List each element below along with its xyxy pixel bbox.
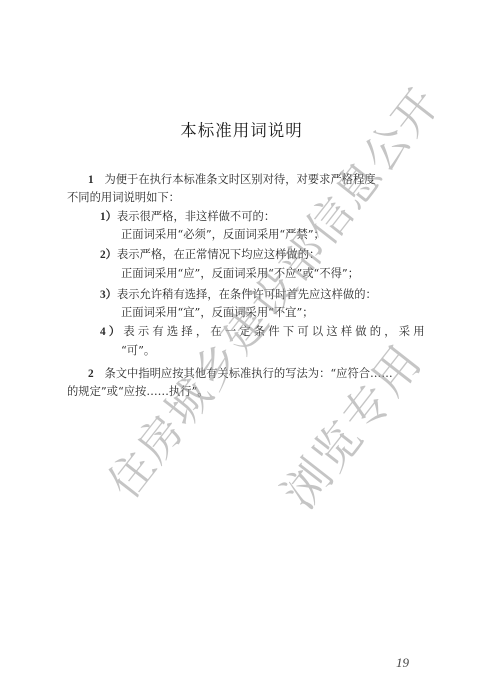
watermark-line-2: 浏览专用 — [265, 329, 435, 521]
page-number: 19 — [396, 655, 409, 671]
clause-1-number: 1 — [88, 174, 94, 186]
item-4-usage: “可”。 — [121, 344, 155, 358]
document-page: 本标准用词说明 1 为便于在执行本标准条文时区别对待，对要求严格程度 不同的用词… — [0, 0, 483, 700]
item-2-usage: 正面词采用“应”，反面词采用“不应”或“不得”； — [121, 267, 359, 281]
clause-1-line-2: 不同的用词说明如下： — [67, 191, 180, 205]
item-3-description: 3）表示允许稍有选择，在条件许可时首先应这样做的： — [100, 288, 377, 302]
clause-1-line-1: 1 为便于在执行本标准条文时区别对待，对要求严格程度 — [88, 173, 376, 187]
clause-2-line-1: 2 条文中指明应按其他有关标准执行的写法为：“应符合…… — [88, 367, 393, 381]
item-1-description: 1）表示很严格，非这样做不可的： — [100, 210, 275, 224]
item-1-usage: 正面词采用“必须”，反面词采用“严禁”； — [121, 228, 325, 242]
item-4-description: 4）表示有选择，在一定条件下可以这样做的，采用 — [100, 325, 428, 339]
clause-1-text: 为便于在执行本标准条文时区别对待，对要求严格程度 — [104, 173, 375, 186]
clause-2-number: 2 — [88, 368, 94, 380]
item-2-description: 2）表示严格，在正常情况下均应这样做的： — [100, 248, 320, 262]
clause-2-line-2: 的规定”或“应按……执行”。 — [67, 385, 209, 399]
item-3-usage: 正面词采用“宜”，反面词采用“不宜”； — [121, 306, 314, 320]
clause-2-text: 条文中指明应按其他有关标准执行的写法为：“应符合…… — [104, 367, 392, 380]
page-title: 本标准用词说明 — [0, 117, 483, 141]
